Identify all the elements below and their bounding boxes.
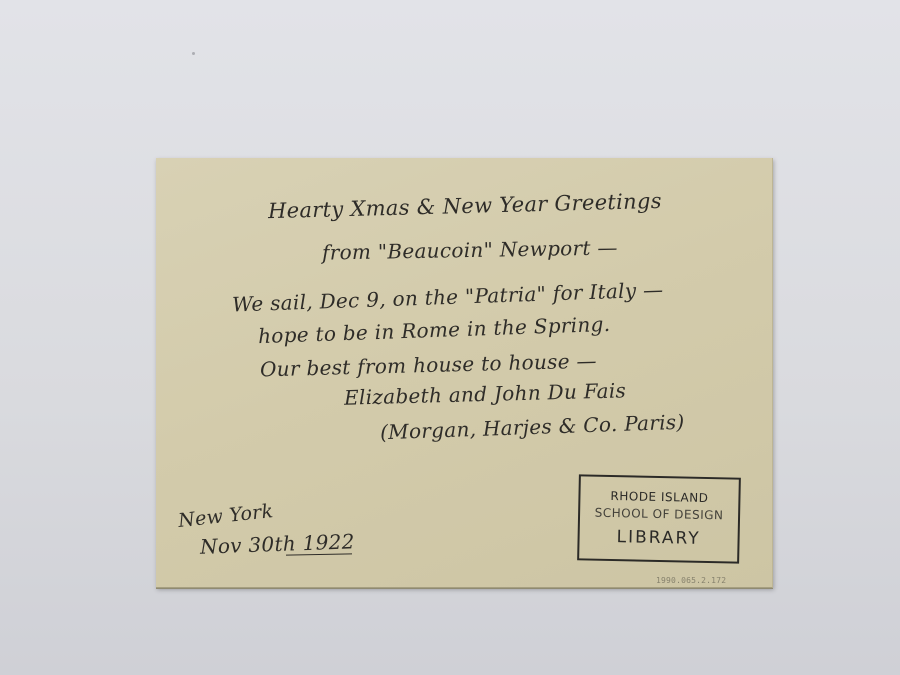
backdrop-speck [192,52,195,55]
greeting-line-1: Hearty Xmas & New Year Greetings [268,189,662,223]
signature: Elizabeth and John Du Fais [344,378,627,409]
date-underline [286,553,352,555]
greeting-line-2: from "Beaucoin" Newport — [322,235,618,264]
place-written: New York [177,500,274,532]
message-line-2: hope to be in Rome in the Spring. [258,312,611,348]
stamp-line-2: SCHOOL OF DESIGN [580,505,738,522]
library-stamp: RHODE ISLAND SCHOOL OF DESIGN LIBRARY [577,474,741,563]
greeting-card: Hearty Xmas & New Year Greetings from "B… [156,158,773,588]
catalog-number: 1990.065.2.172 [656,576,726,585]
message-line-3: Our best from house to house — [260,349,597,382]
stamp-line-1: RHODE ISLAND [580,488,738,505]
message-line-1: We sail, Dec 9, on the "Patria" for Ital… [232,277,664,316]
sender-address: (Morgan, Harjes & Co. Paris) [380,410,685,445]
stamp-line-3: LIBRARY [579,526,737,549]
